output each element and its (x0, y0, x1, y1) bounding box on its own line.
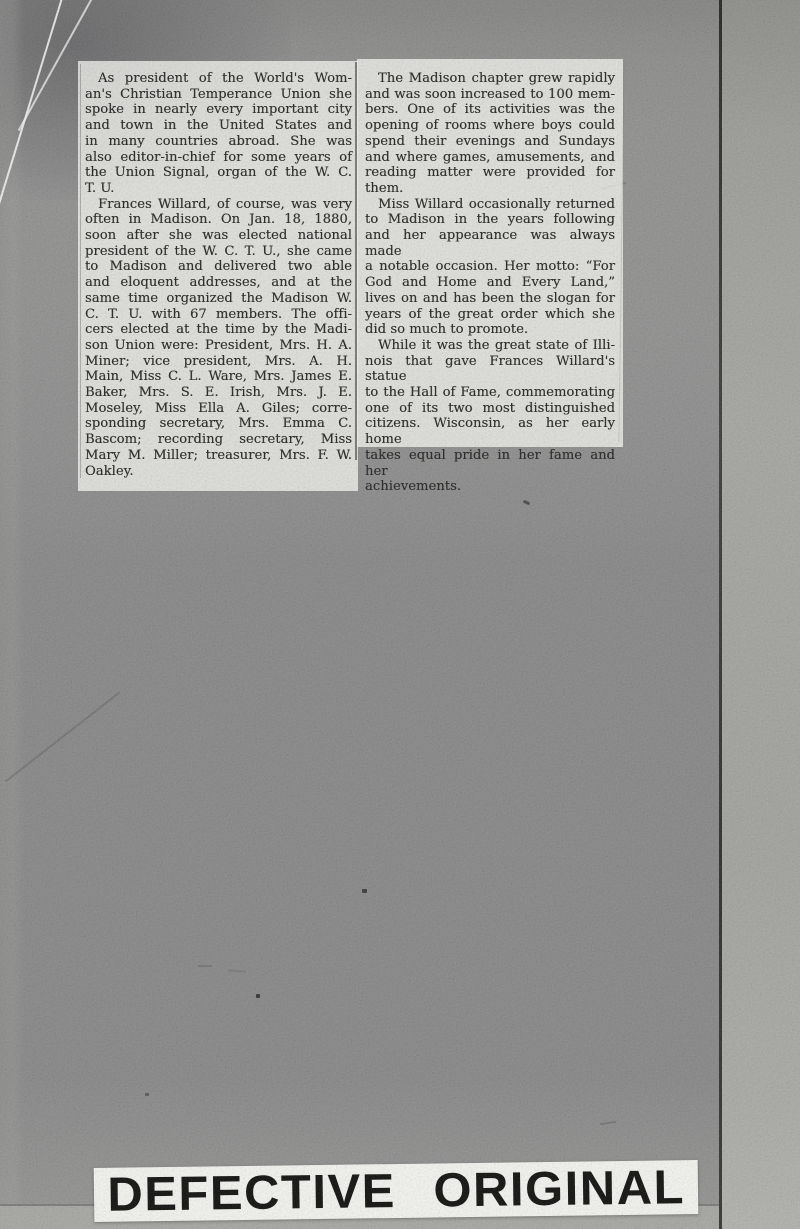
pencil-dash-mark (228, 969, 246, 972)
clipping-text-line: and was soon increased to 100 mem- (365, 87, 615, 103)
clipping-text-line: God and Home and Every Land,” (365, 275, 615, 291)
clipping-text-line: lives on and has been the slogan for (365, 291, 615, 307)
clipping-text-line: often in Madison. On Jan. 18, 1880, (85, 212, 352, 228)
page-edge-line (719, 0, 722, 1229)
clipping-text-line: The Madison chapter grew rapidly (365, 71, 615, 87)
clipping-text-line: years of the great order which she (365, 307, 615, 323)
clipping-left-edge-rule (80, 64, 81, 478)
clipping-text-line: also editor-in-chief for some years of (85, 150, 352, 166)
clipping-text-line: son Union were: President, Mrs. H. A. (85, 338, 352, 354)
clipping-text-line: takes equal pride in her fame and her (365, 448, 615, 479)
clipping-text-line: and eloquent addresses, and at the (85, 275, 352, 291)
clipping-text-line: soon after she was elected national (85, 228, 352, 244)
ink-speck (362, 889, 367, 893)
scanned-newspaper-page: As president of the World's Wom-an's Chr… (0, 0, 800, 1229)
clipping-text-line: Miner; vice president, Mrs. A. H. (85, 354, 352, 370)
clipping-left-column: As president of the World's Wom-an's Chr… (78, 61, 358, 491)
clipping-text-line: Oakley. (85, 464, 352, 480)
ink-speck (256, 994, 260, 998)
clipping-text-line: Bascom; recording secretary, Miss (85, 432, 352, 448)
clipping-text-line: and town in the United States and (85, 118, 352, 134)
clipping-text-line: Mary M. Miller; treasurer, Mrs. F. W. (85, 448, 352, 464)
clipping-text-line: to Madison and delivered two able (85, 259, 352, 275)
clipping-text-line: Frances Willard, of course, was very (85, 197, 352, 213)
clipping-text-line: and where games, amusements, and (365, 150, 615, 166)
clipping-text-line: an's Christian Temperance Union she (85, 87, 352, 103)
clipping-text-line: Moseley, Miss Ella A. Giles; corre- (85, 401, 352, 417)
clipping-text-line: a notable occasion. Her motto: “For (365, 259, 615, 275)
clipping-text-line: one of its two most distinguished (365, 401, 615, 417)
clipping-text-line: spend their evenings and Sundays (365, 134, 615, 150)
clipping-text-line: and her appearance was always made (365, 228, 615, 259)
column-divider-rule (355, 62, 357, 460)
defective-original-stamp: DEFECTIVE ORIGINAL (94, 1160, 699, 1222)
clipping-text-line: opening of rooms where boys could (365, 118, 615, 134)
clipping-text-line: them. (365, 181, 615, 197)
clipping-text-line: T. U. (85, 181, 352, 197)
ink-speck (145, 1093, 149, 1096)
adjacent-page-margin (722, 0, 800, 1229)
clipping-text-line: sponding secretary, Mrs. Emma C. (85, 416, 352, 432)
clipping-text-line: did so much to promote. (365, 322, 615, 338)
clipping-text-line: bers. One of its activities was the (365, 102, 615, 118)
clipping-text-line: spoke in nearly every important city (85, 102, 352, 118)
clipping-text-line: While it was the great state of Illi- (365, 338, 615, 354)
clipping-text-line: Main, Miss C. L. Ware, Mrs. James E. (85, 369, 352, 385)
clipping-text-line: the Union Signal, organ of the W. C. (85, 165, 352, 181)
clipping-text-line: As president of the World's Wom- (85, 71, 352, 87)
clipping-text-line: same time organized the Madison W. (85, 291, 352, 307)
clipping-text-line: to Madison in the years following (365, 212, 615, 228)
clipping-text-line: in many countries abroad. She was (85, 134, 352, 150)
clipping-text-line: Miss Willard occasionally returned (365, 197, 615, 213)
clipping-right-column: The Madison chapter grew rapidlyand was … (357, 59, 623, 447)
clipping-text-line: to the Hall of Fame, commemorating (365, 385, 615, 401)
clipping-text-line: cers elected at the time by the Madi- (85, 322, 352, 338)
pencil-dash-mark (198, 965, 212, 967)
stamp-label: DEFECTIVE ORIGINAL (107, 1160, 685, 1223)
clipping-text-line: achievements. (365, 479, 615, 495)
clipping-text-line: president of the W. C. T. U., she came (85, 244, 352, 260)
clipping-text-line: Baker, Mrs. S. E. Irish, Mrs. J. E. (85, 385, 352, 401)
clipping-text-line: citizens. Wisconsin, as her early home (365, 416, 615, 447)
clipping-text-line: C. T. U. with 67 members. The offi- (85, 307, 352, 323)
clipping-text-line: reading matter were provided for (365, 165, 615, 181)
clipping-text-line: nois that gave Frances Willard's statue (365, 354, 615, 385)
